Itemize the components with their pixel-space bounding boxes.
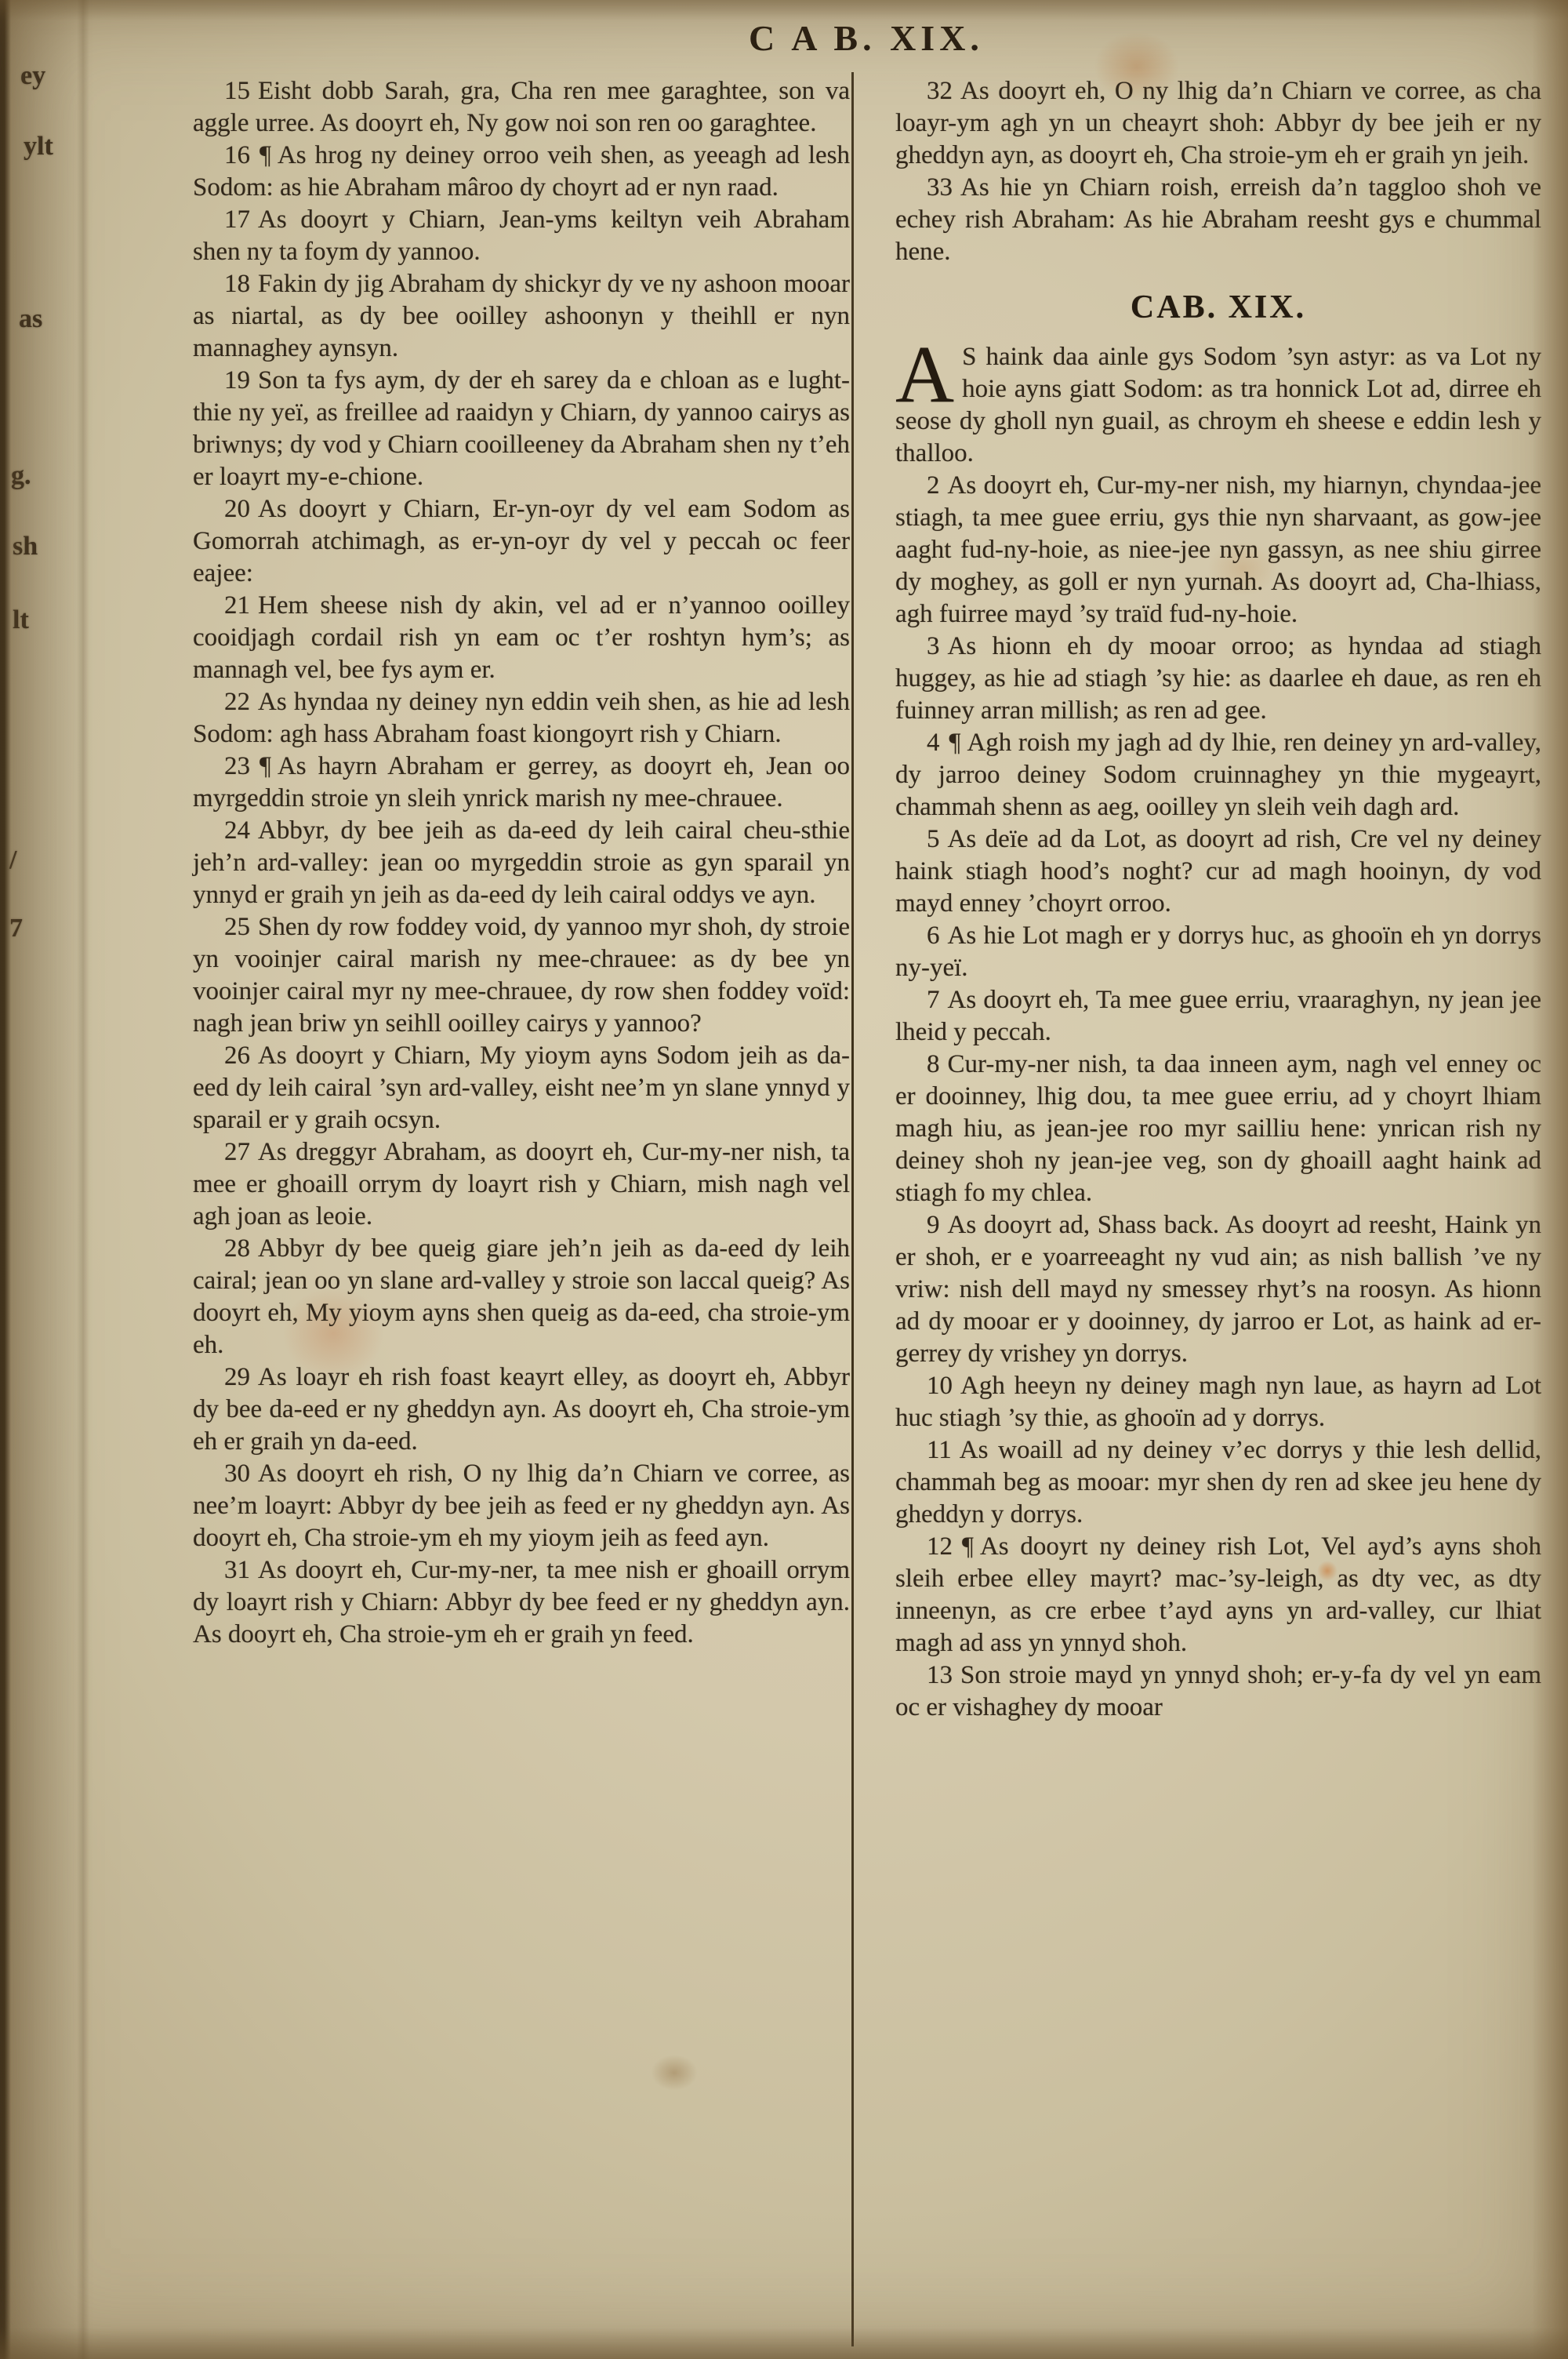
page-crease <box>77 0 89 2359</box>
verse-number: 2 <box>927 471 948 500</box>
verse: 2As dooyrt eh, Cur-my-ner nish, my hiarn… <box>895 470 1541 631</box>
verse-number: 7 <box>927 986 948 1014</box>
verse-text: As dooyrt y Chiarn, Er-yn-oyr dy vel eam… <box>193 495 850 587</box>
text-column-right: 32As dooyrt eh, O ny lhig da’n Chiarn ve… <box>895 75 1541 1724</box>
verse: 17As dooyrt y Chiarn, Jean-yms keiltyn v… <box>193 204 850 268</box>
verse-text: As dooyrt ny deiney rish Lot, Vel ayd’s … <box>895 1532 1541 1657</box>
verse-number: 8 <box>927 1050 948 1078</box>
verse: 4¶Agh roish my jagh ad dy lhie, ren dein… <box>895 727 1541 823</box>
verse-text: Eisht dobb Sarah, gra, Cha ren mee garag… <box>193 77 850 137</box>
verse-number: 19 <box>224 366 258 394</box>
verse-number: 12 <box>927 1532 960 1561</box>
verse-text: As dooyrt y Chiarn, My yioym ayns Sodom … <box>193 1041 850 1134</box>
verse-number: 24 <box>224 816 258 845</box>
verse-text: As hie Lot magh er y dorrys huc, as ghoo… <box>895 921 1541 982</box>
verse-number: 15 <box>224 77 258 105</box>
verse: 23¶As hayrn Abraham er gerrey, as dooyrt… <box>193 751 850 815</box>
verse-number: 27 <box>224 1138 258 1166</box>
margin-text-fragment: as <box>19 304 42 334</box>
running-head-chapter-title: C A B. XIX. <box>192 17 1541 59</box>
verse-number: 5 <box>927 825 948 853</box>
verse-number: 28 <box>224 1234 258 1263</box>
verse: 19Son ta fys aym, dy der eh sarey da e c… <box>193 365 850 493</box>
margin-text-fragment: lt <box>13 605 29 635</box>
verse-text: Abbyr dy bee queig giare jeh’n jeih as d… <box>193 1234 850 1359</box>
verse-text: Son ta fys aym, dy der eh sarey da e chl… <box>193 366 850 491</box>
verse-text: S haink daa ainle gys Sodom ’syn astyr: … <box>895 343 1541 467</box>
verse-number: 10 <box>927 1372 960 1400</box>
verse-number: 26 <box>224 1041 258 1070</box>
chapter-heading: CAB. XIX. <box>895 292 1541 324</box>
facing-page-text-fragments: eyyltasg.shlt/7 <box>0 0 71 2359</box>
verse-number: 3 <box>927 632 948 660</box>
verse-number: 4 <box>927 729 948 757</box>
verse: 7As dooyrt eh, Ta mee guee erriu, vraara… <box>895 984 1541 1049</box>
verse: 30As dooyrt eh rish, O ny lhig da’n Chia… <box>193 1458 850 1554</box>
verse-text: As dooyrt eh, Cur-my-ner nish, my hiarny… <box>895 471 1541 628</box>
verse-number: 18 <box>224 270 258 298</box>
verse: 10Agh heeyn ny deiney magh nyn laue, as … <box>895 1370 1541 1434</box>
verse-text: As hrog ny deiney orroo veih shen, as ye… <box>193 141 850 202</box>
verse-number: 23 <box>224 752 258 780</box>
verse: 11As woaill ad ny deiney v’ec dorrys y t… <box>895 1434 1541 1531</box>
verse: 20As dooyrt y Chiarn, Er-yn-oyr dy vel e… <box>193 493 850 590</box>
verse-number: 16 <box>224 141 258 169</box>
verse: 15Eisht dobb Sarah, gra, Cha ren mee gar… <box>193 75 850 140</box>
verse-text: As loayr eh rish foast keayrt elley, as … <box>193 1363 850 1456</box>
verse-text: As woaill ad ny deiney v’ec dorrys y thi… <box>895 1436 1541 1528</box>
verse-text: Son stroie mayd yn ynnyd shoh; er-y-fa d… <box>895 1661 1541 1721</box>
verse-number: 33 <box>927 173 960 202</box>
column-divider-rule <box>851 72 854 2346</box>
verse-text: As hayrn Abraham er gerrey, as dooyrt eh… <box>193 752 850 812</box>
verse-number: 20 <box>224 495 258 523</box>
verse-text: Cur-my-ner nish, ta daa inneen aym, nagh… <box>895 1050 1541 1207</box>
verse-text: Shen dy row foddey void, dy yannoo myr s… <box>193 913 850 1038</box>
verse-text: As dooyrt eh, Cur-my-ner, ta mee nish er… <box>193 1556 850 1648</box>
verse-number: 31 <box>224 1556 258 1584</box>
verse-number: 6 <box>927 921 948 950</box>
verse: 18Fakin dy jig Abraham dy shickyr dy ve … <box>193 268 850 365</box>
verse: 25Shen dy row foddey void, dy yannoo myr… <box>193 911 850 1040</box>
verse: 27As dreggyr Abraham, as dooyrt eh, Cur-… <box>193 1136 850 1233</box>
verse: 22As hyndaa ny deiney nyn eddin veih she… <box>193 686 850 751</box>
verse-number: 29 <box>224 1363 258 1391</box>
verse-number: 30 <box>224 1459 258 1488</box>
bottom-edge-shade <box>0 2328 1568 2359</box>
verse: 29As loayr eh rish foast keayrt elley, a… <box>193 1361 850 1458</box>
verse-text: As hionn eh dy mooar orroo; as hyndaa ad… <box>895 632 1541 725</box>
margin-text-fragment: g. <box>11 461 31 491</box>
margin-text-fragment: sh <box>13 532 38 562</box>
margin-text-fragment: / <box>9 845 16 875</box>
verse-number: 21 <box>224 591 258 620</box>
margin-text-fragment: ylt <box>24 132 53 162</box>
verse-number: 25 <box>224 913 258 941</box>
verse-number: 32 <box>927 77 960 105</box>
verse: 6As hie Lot magh er y dorrys huc, as gho… <box>895 920 1541 984</box>
verse-text: Fakin dy jig Abraham dy shickyr dy ve ny… <box>193 270 850 362</box>
paper-stain <box>651 2055 698 2091</box>
margin-text-fragment: 7 <box>9 914 23 943</box>
verse-text: As hyndaa ny deiney nyn eddin veih shen,… <box>193 688 850 748</box>
verse: 12¶As dooyrt ny deiney rish Lot, Vel ayd… <box>895 1531 1541 1659</box>
verse-number: 9 <box>927 1211 948 1239</box>
verse: AS haink daa ainle gys Sodom ’syn astyr:… <box>895 341 1541 470</box>
verse-text: As hie yn Chiarn roish, erreish da’n tag… <box>895 173 1541 266</box>
verse-text: Agh heeyn ny deiney magh nyn laue, as ha… <box>895 1372 1541 1432</box>
verse: 28Abbyr dy bee queig giare jeh’n jeih as… <box>193 1233 850 1361</box>
verse-text: As dooyrt eh, O ny lhig da’n Chiarn ve c… <box>895 77 1541 169</box>
verse-number: 17 <box>224 205 258 234</box>
text-column-left: 15Eisht dobb Sarah, gra, Cha ren mee gar… <box>193 75 850 1651</box>
verse-text: As dreggyr Abraham, as dooyrt eh, Cur-my… <box>193 1138 850 1230</box>
verse: 24Abbyr, dy bee jeih as da-eed dy leih c… <box>193 815 850 911</box>
verse: 16¶As hrog ny deiney orroo veih shen, as… <box>193 140 850 204</box>
pilcrow-mark: ¶ <box>258 141 278 169</box>
verse: 26As dooyrt y Chiarn, My yioym ayns Sodo… <box>193 1040 850 1136</box>
verse: 3As hionn eh dy mooar orroo; as hyndaa a… <box>895 631 1541 727</box>
verse-text: Agh roish my jagh ad dy lhie, ren deiney… <box>895 729 1541 821</box>
verse-text: As dooyrt y Chiarn, Jean-yms keiltyn vei… <box>193 205 850 266</box>
verse: 32As dooyrt eh, O ny lhig da’n Chiarn ve… <box>895 75 1541 172</box>
drop-cap-initial: A <box>895 341 962 405</box>
verse-text: Abbyr, dy bee jeih as da-eed dy leih cai… <box>193 816 850 909</box>
verse-text: Hem sheese nish dy akin, vel ad er n’yan… <box>193 591 850 684</box>
verse-text: As dooyrt ad, Shass back. As dooyrt ad r… <box>895 1211 1541 1368</box>
verse: 21Hem sheese nish dy akin, vel ad er n’y… <box>193 590 850 686</box>
pilcrow-mark: ¶ <box>948 729 967 757</box>
verse-text: As deïe ad da Lot, as dooyrt ad rish, Cr… <box>895 825 1541 918</box>
scanned-book-page: eyyltasg.shlt/7 C A B. XIX. 15Eisht dobb… <box>0 0 1568 2359</box>
verse: 13Son stroie mayd yn ynnyd shoh; er-y-fa… <box>895 1659 1541 1724</box>
verse-number: 22 <box>224 688 258 716</box>
verse: 8Cur-my-ner nish, ta daa inneen aym, nag… <box>895 1049 1541 1209</box>
pilcrow-mark: ¶ <box>258 752 278 780</box>
verse: 31As dooyrt eh, Cur-my-ner, ta mee nish … <box>193 1554 850 1651</box>
verse: 33As hie yn Chiarn roish, erreish da’n t… <box>895 172 1541 268</box>
margin-text-fragment: ey <box>20 61 45 91</box>
verse-text: As dooyrt eh, Ta mee guee erriu, vraarag… <box>895 986 1541 1046</box>
verse-number: 11 <box>927 1436 960 1464</box>
pilcrow-mark: ¶ <box>960 1532 980 1561</box>
verse-number: 13 <box>927 1661 960 1689</box>
verse-text: As dooyrt eh rish, O ny lhig da’n Chiarn… <box>193 1459 850 1552</box>
verse: 9As dooyrt ad, Shass back. As dooyrt ad … <box>895 1209 1541 1370</box>
verse: 5As deïe ad da Lot, as dooyrt ad rish, C… <box>895 823 1541 920</box>
